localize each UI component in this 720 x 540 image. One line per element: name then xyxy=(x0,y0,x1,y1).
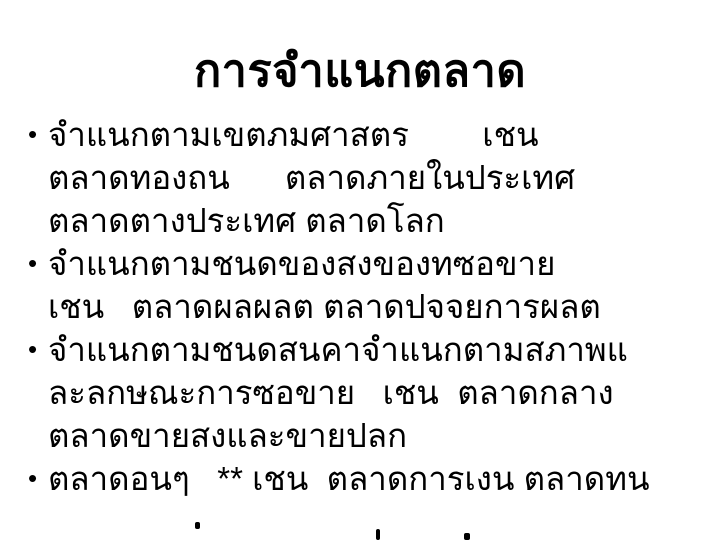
bullet-icon: • xyxy=(26,242,48,285)
text-line: ตลาดตางประเทศ ตลาดโลก xyxy=(48,199,714,242)
text-line: จำแนกตามชนดสนคาจำแนกตามสภาพแ xyxy=(48,328,714,371)
text-line: ละลกษณะการซอขาย เชน ตลาดกลาง xyxy=(48,371,714,414)
bullet-text-block: จำแนกตามเขตภมศาสตร เชน ตลาดทองถน ตลาดภาย… xyxy=(48,113,714,242)
text-line: ตลาดอนๆ ** เชน ตลาดการเงน ตลาดทน xyxy=(48,457,714,500)
bullet-text-block: จำแนกตามชนดสนคาจำแนกตามสภาพแ ละลกษณะการซ… xyxy=(48,328,714,457)
bullet-item-other-markets: • ตลาดอนๆ ** เชน ตลาดการเงน ตลาดทน xyxy=(26,457,714,500)
bullet-item-geography: • จำแนกตามเขตภมศาสตร เชน ตลาดทองถน ตลาดภ… xyxy=(26,113,714,242)
clipped-text-fragment xyxy=(464,533,470,540)
text-line: ตลาดทองถน ตลาดภายในประเทศ xyxy=(48,156,714,199)
bullet-icon: • xyxy=(26,457,48,500)
slide-body: • จำแนกตามเขตภมศาสตร เชน ตลาดทองถน ตลาดภ… xyxy=(0,98,720,500)
slide-title: การจำแนกตลาด xyxy=(0,0,720,98)
bullet-text-block: ตลาดอนๆ ** เชน ตลาดการเงน ตลาดทน xyxy=(48,457,714,500)
bullet-icon: • xyxy=(26,328,48,371)
clipped-text-fragment xyxy=(376,529,380,540)
bullet-text-block: จำแนกตามชนดของสงของทซอขาย เชน ตลาดผลผลต … xyxy=(48,242,714,328)
text-line: จำแนกตามเขตภมศาสตร เชน xyxy=(48,113,714,156)
text-line: ตลาดขายสงและขายปลก xyxy=(48,414,714,457)
bullet-item-goods-type: • จำแนกตามชนดของสงของทซอขาย เชน ตลาดผลผล… xyxy=(26,242,714,328)
text-line: จำแนกตามชนดของสงของทซอขาย xyxy=(48,242,714,285)
bullet-item-trade-character: • จำแนกตามชนดสนคาจำแนกตามสภาพแ ละลกษณะกา… xyxy=(26,328,714,457)
presentation-slide: การจำแนกตลาด • จำแนกตามเขตภมศาสตร เชน ตล… xyxy=(0,0,720,540)
text-line: เชน ตลาดผลผลต ตลาดปจจยการผลต xyxy=(48,285,714,328)
clipped-text-fragment xyxy=(195,522,200,529)
bullet-icon: • xyxy=(26,113,48,156)
